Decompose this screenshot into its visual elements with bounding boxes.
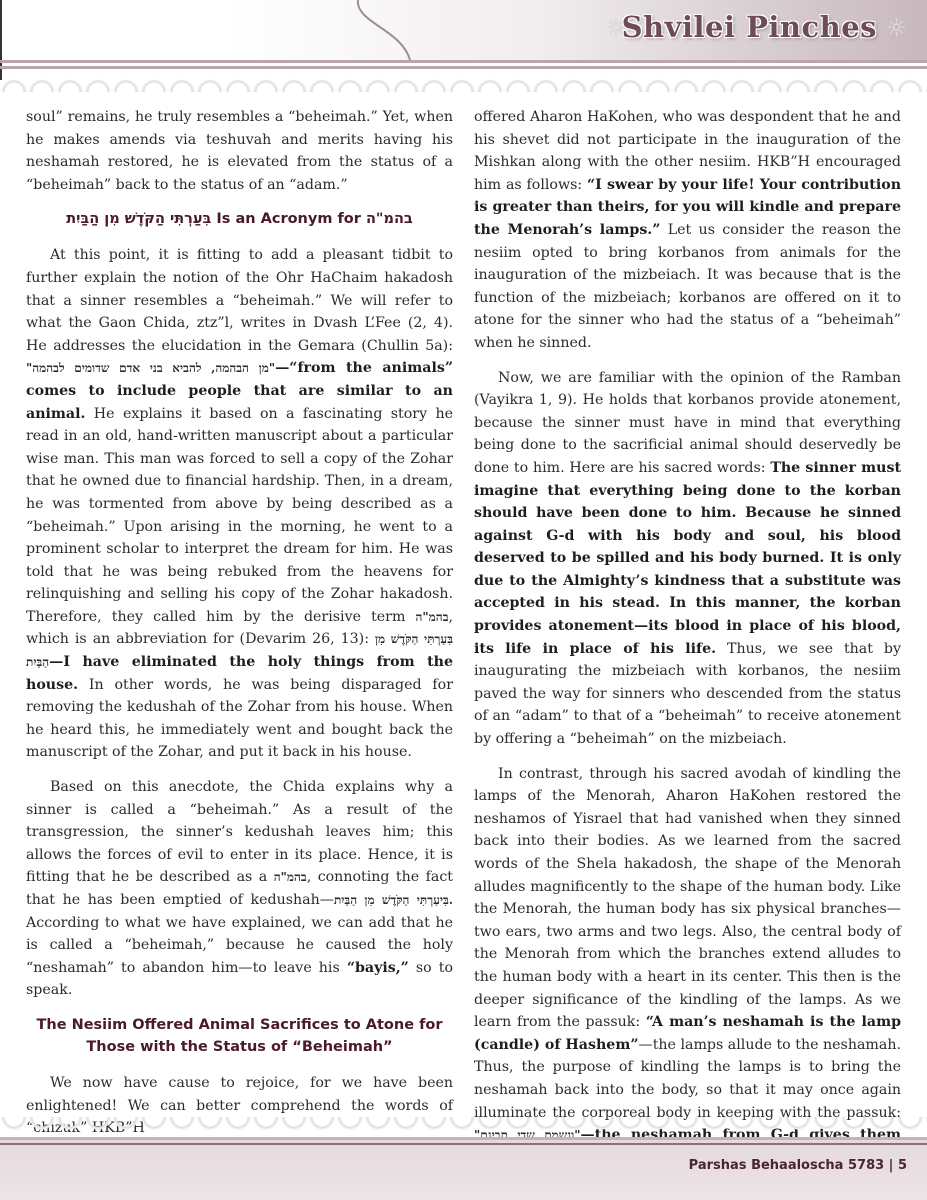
header-curve-divider (180, 0, 420, 62)
paragraph-text: He explains it based on a fascinating st… (26, 406, 453, 625)
page-header: ☼ Shvilei Pinches ☼ (0, 0, 927, 95)
paragraph-text: Let us consider the reason the nesiim op… (474, 222, 901, 351)
paragraph-text: soul” remains, he truly resembles a “beh… (26, 109, 453, 193)
left-column: soul” remains, he truly resembles a “beh… (26, 106, 453, 1152)
paragraph: Based on this anecdote, the Chida explai… (26, 776, 453, 1002)
right-column: offered Aharon HaKohen, who was desponde… (474, 106, 901, 1181)
paragraph: offered Aharon HaKohen, who was desponde… (474, 106, 901, 355)
paragraph: soul” remains, he truly resembles a “beh… (26, 106, 453, 196)
header-rule (0, 66, 927, 69)
publication-title: Shvilei Pinches (622, 10, 877, 44)
hebrew-quote: בהמ"ה (416, 610, 449, 624)
paragraph-text: At this point, it is fitting to add a pl… (26, 247, 453, 353)
paragraph: Now, we are familiar with the opinion of… (474, 367, 901, 751)
hebrew-quote: בִּיעַרְתִּי הַקֹּדֶשׁ מִן הַבַּיִת. (334, 893, 453, 907)
footer-ornament-border (0, 1117, 927, 1139)
footer-issue-and-page: Parshas Behaaloscha 5783 | 5 (689, 1158, 907, 1173)
swirl-ornament-icon: ☼ (885, 14, 907, 42)
footer-rule (0, 1143, 927, 1145)
paragraph: At this point, it is fitting to add a pl… (26, 244, 453, 764)
bold-text: “bayis,” (347, 960, 409, 976)
paragraph: In contrast, through his sacred avodah o… (474, 763, 901, 1170)
hebrew-quote: בהמ"ה (274, 870, 307, 884)
bold-text: The sinner must imagine that everything … (474, 460, 901, 657)
paragraph-text: In other words, he was being disparaged … (26, 677, 453, 761)
header-rule (0, 60, 927, 63)
section-heading-nesiim: The Nesiim Offered Animal Sacrifices to … (26, 1014, 453, 1058)
paragraph-text: In contrast, through his sacred avodah o… (474, 766, 901, 1031)
section-heading-acronym: בִּעַרְתִּי הַקֹּדֶשׁ מִן הַבַּיִת Is an… (26, 208, 453, 230)
hebrew-quote: "מן הבהמה, להביא בני אדם שדומים לבהמה" (26, 361, 275, 375)
header-ornament-border (0, 70, 927, 92)
